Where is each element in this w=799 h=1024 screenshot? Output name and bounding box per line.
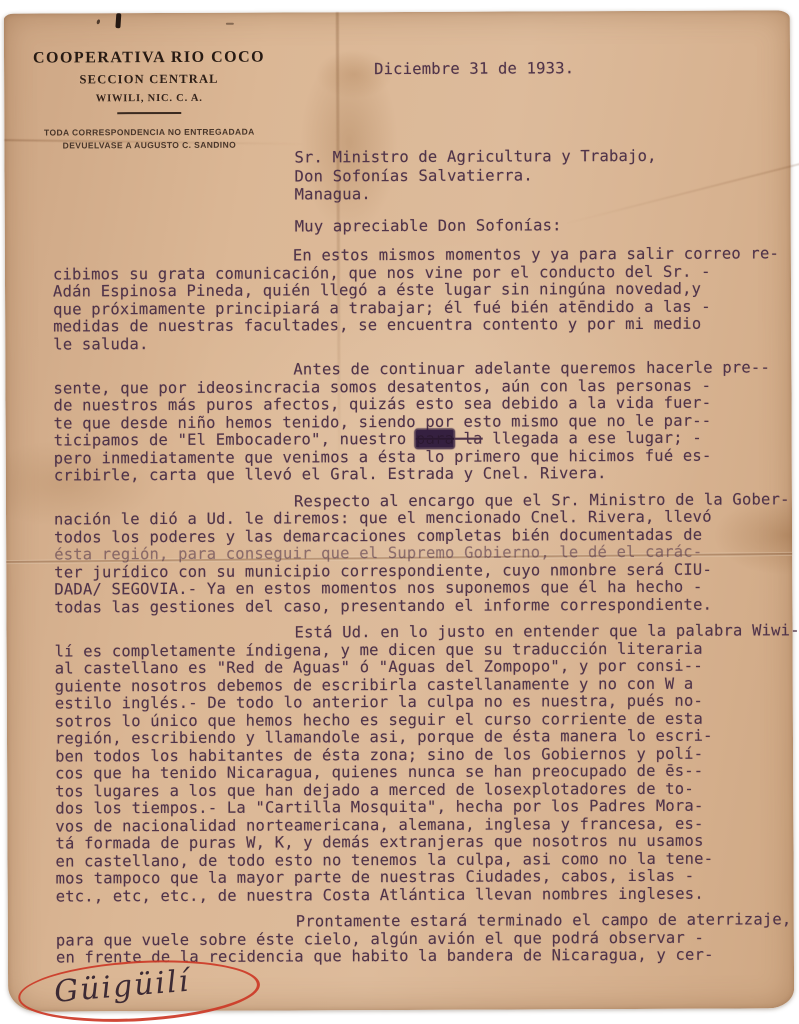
paragraph-4: Está Ud. en lo justo en entender que la … — [54, 622, 777, 905]
faded-fold-line: ésta región, para conseguir que el Supre… — [54, 543, 702, 564]
page-background: { "letterhead": { "org_name": "COOPERATI… — [0, 0, 799, 1024]
letter-body: Sr. Ministro de Agricultura y Trabajo, D… — [52, 146, 778, 976]
letterhead-divider — [117, 112, 181, 114]
date-line: Diciembre 31 de 1933. — [374, 59, 574, 78]
ink-dot-top — [96, 19, 101, 25]
recipient-address: Sr. Ministro de Agricultura y Trabajo, D… — [294, 146, 774, 204]
blacked-out-word: para — [416, 430, 454, 448]
signature-area: Güigüilí — [18, 961, 260, 1022]
ink-streak-top — [226, 23, 234, 25]
paragraph-3-text: Respecto al encargo que el Sr. Ministro … — [54, 490, 790, 546]
org-section: SECCION CENTRAL — [30, 72, 268, 88]
letter-paper: COOPERATIVA RIO COCO SECCION CENTRAL WIW… — [4, 10, 794, 1011]
org-name: COOPERATIVA RIO COCO — [30, 49, 268, 68]
ink-smudge-top — [115, 13, 121, 28]
salutation: Muy apreciable Don Sofonías: — [295, 216, 775, 236]
paragraph-3: Respecto al encargo que el Sr. Ministro … — [54, 491, 777, 617]
letterhead: COOPERATIVA RIO COCO SECCION CENTRAL WIW… — [30, 49, 268, 153]
paragraph-2: Antes de continuar adelante queremos hac… — [53, 359, 776, 485]
struck-word: la — [454, 430, 483, 448]
org-location: WIWILI, NIC. C. A. — [30, 93, 268, 105]
paragraph-1: En estos mismos momentos y ya para salir… — [53, 245, 775, 353]
paragraph-5: Prontamente estará terminado el campo de… — [56, 911, 778, 967]
return-notice-line1: TODA CORRESPONDENCIA NO ENTREGADADA — [30, 126, 268, 140]
